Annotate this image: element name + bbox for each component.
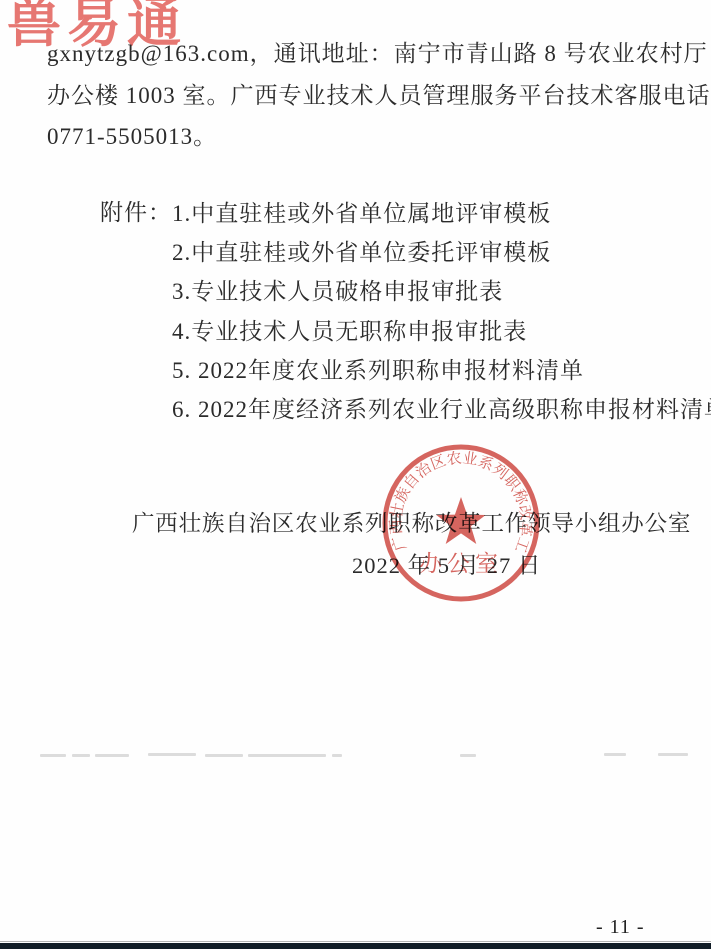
scan-artifact-dash — [72, 754, 90, 757]
scan-artifact-dash — [460, 754, 476, 757]
scan-artifact-dash — [205, 754, 243, 757]
contact-paragraph: gxnytzgb@163.com，通讯地址：南宁市青山路 8 号农业农村厅 办公… — [47, 33, 672, 158]
page-number: - 11 - — [596, 916, 645, 939]
contact-line-phone: 0771-5505013。 — [47, 116, 672, 158]
contact-line-email-address: gxnytzgb@163.com，通讯地址：南宁市青山路 8 号农业农村厅 — [47, 33, 672, 75]
seal-bottom-text: 办公室 — [419, 551, 503, 576]
attachment-item: 4.专业技术人员无职称申报审批表 — [172, 312, 711, 351]
footer-dark-bar — [0, 943, 711, 949]
attachments-list: 1.中直驻桂或外省单位属地评审模板 2.中直驻桂或外省单位委托评审模板 3.专业… — [172, 194, 711, 429]
scan-artifact-dash — [95, 754, 129, 757]
scan-artifact-dash — [332, 754, 342, 757]
seal-graphic: 广西壮族自治区农业系列职称改革工作领导小组 办公室 — [377, 439, 545, 607]
attachment-item: 3.专业技术人员破格申报审批表 — [172, 272, 711, 311]
scan-artifact-dash — [148, 753, 196, 756]
scan-artifact-dash — [658, 753, 688, 756]
scan-artifact-dash — [40, 754, 66, 757]
official-seal-stamp: 广西壮族自治区农业系列职称改革工作领导小组 办公室 — [377, 439, 545, 607]
seal-star-icon — [436, 497, 485, 544]
attachments-label: 附件： — [100, 194, 172, 227]
attachment-item: 2.中直驻桂或外省单位委托评审模板 — [172, 233, 711, 272]
attachment-item: 6. 2022年度经济系列农业行业高级职称申报材料清单 — [172, 390, 711, 429]
attachment-item: 5. 2022年度农业系列职称申报材料清单 — [172, 351, 711, 390]
attachment-item: 1.中直驻桂或外省单位属地评审模板 — [172, 194, 711, 233]
scan-artifact-dash — [248, 754, 326, 757]
footer-divider-line — [0, 941, 711, 942]
document-page: 兽易通 gxnytzgb@163.com，通讯地址：南宁市青山路 8 号农业农村… — [0, 0, 711, 949]
contact-line-office: 办公楼 1003 室。广西专业技术人员管理服务平台技术客服电话： — [47, 75, 672, 117]
scan-artifact-dash — [604, 753, 626, 756]
